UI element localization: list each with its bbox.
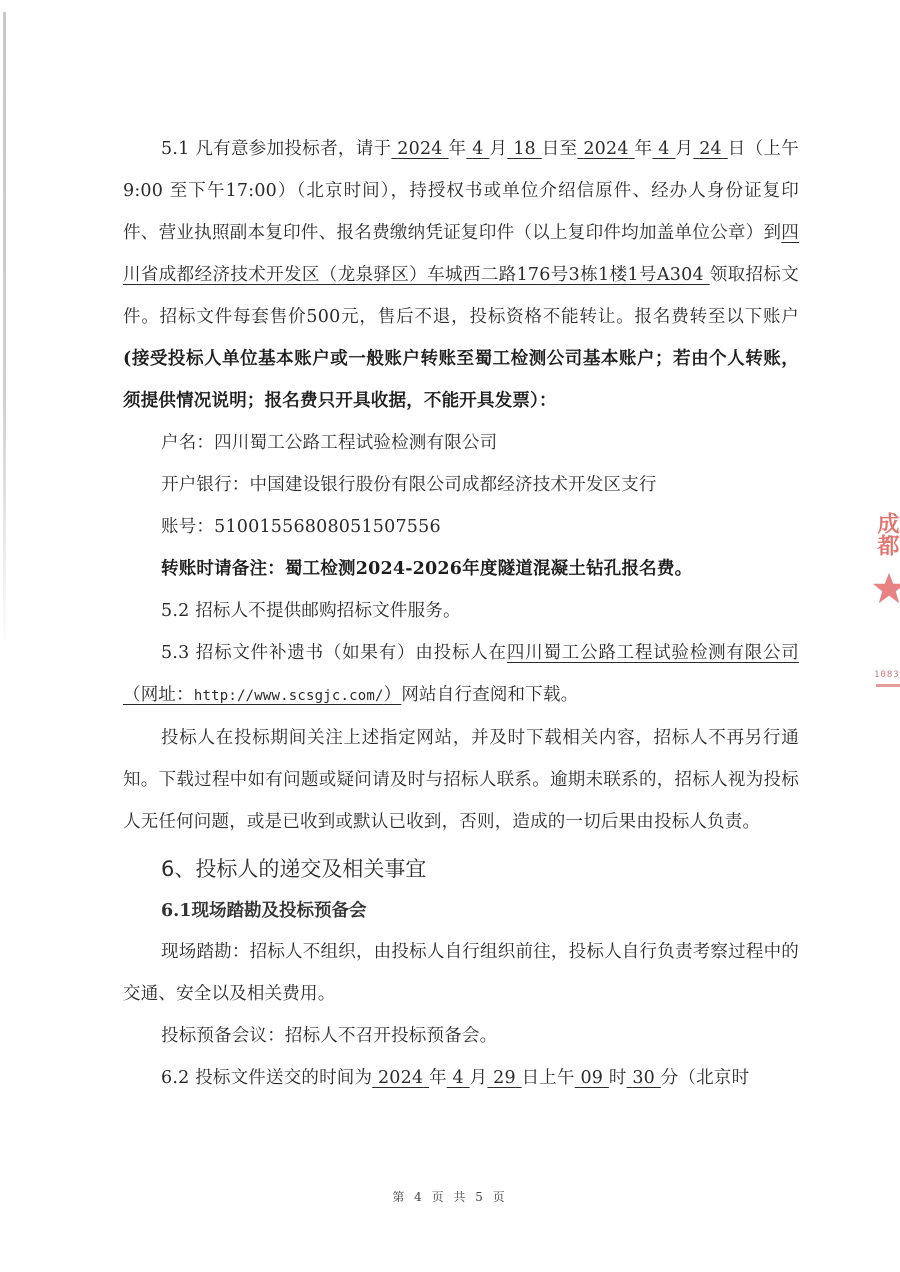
account-name-value: 四川蜀工公路工程试验检测有限公司 [214, 433, 497, 453]
start-day: 18 [507, 139, 541, 159]
year-label: 年 [449, 139, 467, 159]
hour-label: 时 [609, 1068, 627, 1088]
month-label: 月 [676, 139, 694, 159]
account-number-line: 账号：51001556808051507556 [123, 506, 799, 548]
submit-day: 29 [487, 1068, 521, 1088]
section-5-2: 5.2 招标人不提供邮购招标文件服务。 [123, 590, 799, 632]
day-label: 日上午 [522, 1068, 575, 1088]
day-label: 日 [728, 139, 746, 159]
submit-minute: 30 [627, 1068, 661, 1088]
end-year: 2024 [577, 139, 634, 159]
day-to-label: 日至 [542, 139, 578, 159]
year-label: 年 [635, 139, 653, 159]
section-6-2-prefix: 6.2 投标文件送交的时间为 [161, 1068, 372, 1088]
section-6-2-suffix: （北京时 [678, 1068, 749, 1088]
start-month: 4 [466, 139, 489, 159]
page-footer: 第 4 页 共 5 页 [0, 1188, 900, 1205]
end-day: 24 [693, 139, 727, 159]
section-6-2: 6.2 投标文件送交的时间为 2024 年 4 月 29 日上午 09 时 30… [123, 1057, 799, 1099]
section-5-3-prefix: 5.3 招标文件补遗书（如果有）由投标人在 [161, 643, 507, 663]
account-name-line: 户名：四川蜀工公路工程试验检测有限公司 [123, 422, 799, 464]
submit-month: 4 [447, 1068, 470, 1088]
submit-year: 2024 [372, 1068, 429, 1088]
account-number-label: 账号： [161, 517, 214, 537]
pre-bid-meeting-text: 投标预备会议：招标人不召开投标预备会。 [123, 1015, 799, 1057]
account-bank-value: 中国建设银行股份有限公司成都经济技术开发区支行 [250, 475, 657, 495]
submit-hour: 09 [575, 1068, 609, 1088]
section-5-3-suffix: 网站自行查阅和下载。 [401, 685, 578, 705]
seal-bar [876, 684, 900, 687]
month-label: 月 [470, 1068, 488, 1088]
section-5-1-prefix: 5.1 凡有意参加投标者，请于 [161, 139, 391, 159]
minute-label: 分 [661, 1068, 679, 1088]
section-6-heading: 6、投标人的递交及相关事宜 [123, 847, 799, 891]
notice-paragraph: 投标人在投标期间关注上述指定网站，并及时下载相关内容，招标人不再另行通知。下载过… [123, 717, 799, 843]
account-bank-line: 开户银行：中国建设银行股份有限公司成都经济技术开发区支行 [123, 464, 799, 506]
website-url: http://www.scsgjc.com/ [194, 688, 384, 704]
transfer-remark: 转账时请备注：蜀工检测2024-2026年度隧道混凝土钻孔报名费。 [123, 548, 799, 590]
section-5-3: 5.3 招标文件补遗书（如果有）由投标人在四川蜀工公路工程试验检测有限公司（网址… [123, 632, 799, 717]
start-year: 2024 [391, 139, 448, 159]
scan-edge-line [3, 12, 6, 652]
section-6-1-heading: 6.1现场踏勘及投标预备会 [123, 891, 799, 931]
section-5-1: 5.1 凡有意参加投标者，请于 2024 年 4 月 18 日至 2024 年 … [123, 128, 799, 422]
seal-number: 1083 [874, 670, 900, 680]
document-page: 5.1 凡有意参加投标者，请于 2024 年 4 月 18 日至 2024 年 … [123, 128, 799, 1099]
seal-star-icon [872, 568, 900, 608]
month-label: 月 [489, 139, 507, 159]
account-number-value: 51001556808051507556 [214, 517, 441, 537]
company-seal-stamp: 成都 1083 [866, 500, 900, 700]
account-name-label: 户名： [161, 433, 214, 453]
end-month: 4 [652, 139, 675, 159]
site-visit-text: 现场踏勘：招标人不组织，由投标人自行组织前往，投标人自行负责考察过程中的交通、安… [123, 931, 799, 1015]
account-note: (接受投标人单位基本账户或一般账户转账至蜀工检测公司基本账户；若由个人转账，须提… [123, 349, 799, 411]
seal-text: 成都 [872, 512, 900, 556]
account-bank-label: 开户银行： [161, 475, 250, 495]
year-label: 年 [429, 1068, 447, 1088]
